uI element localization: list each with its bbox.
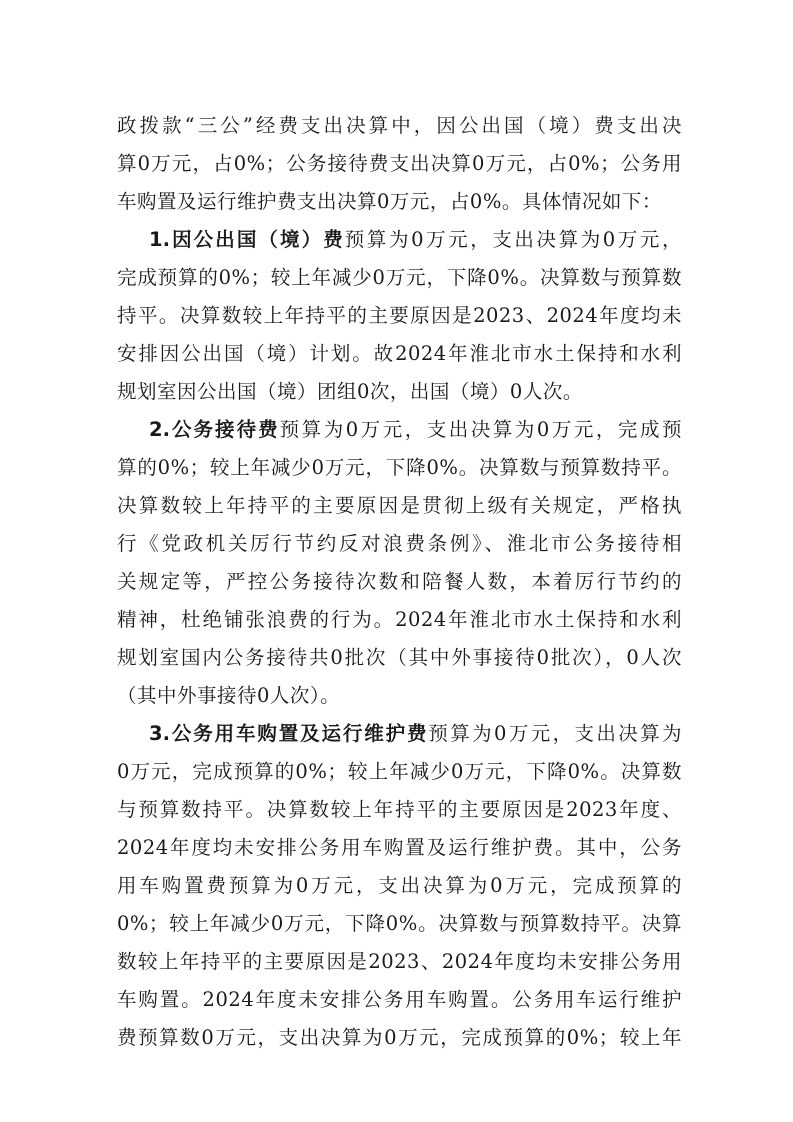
section-2-line-5: 关规定等，严控公务接待次数和陪餐人数，本着厉行节约的 (117, 569, 682, 595)
section-3-line-8: 车购置。2024年度未安排公务用车购置。公务用车运行维护 (117, 987, 682, 1013)
intro-line-2: 算0万元，占0%；公务接待费支出决算0万元，占0%；公务用 (117, 151, 682, 177)
section-1-line-3: 持平。决算数较上年持平的主要原因是2023、2024年度均未 (117, 303, 682, 329)
section-2-heading: 2.公务接待费 (149, 418, 280, 441)
section-2-line-2: 算的0%；较上年减少0万元，下降0%。决算数与预算数持平。 (117, 455, 682, 481)
section-3-line-2: 0万元，完成预算的0%；较上年减少0万元，下降0%。决算数 (117, 759, 682, 785)
section-1-first-line: 1.因公出国（境）费预算为0万元，支出决算为0万元， (149, 227, 682, 253)
section-3-line-7: 数较上年持平的主要原因是2023、2024年度均未安排公务用 (117, 949, 682, 975)
intro-line-3: 车购置及运行维护费支出决算0万元，占0%。具体情况如下： (117, 189, 682, 215)
section-3-line-6: 0%；较上年减少0万元，下降0%。决算数与预算数持平。决算 (117, 911, 682, 937)
section-3-first-line-text: 预算为0万元，支出决算为 (428, 722, 682, 745)
section-2-first-line-text: 预算为0万元，支出决算为0万元，完成预 (280, 418, 682, 441)
section-3-heading: 3.公务用车购置及运行维护费 (149, 722, 428, 745)
section-3-line-9: 费预算数0万元，支出决算为0万元，完成预算的0%；较上年 (117, 1025, 682, 1051)
section-2-line-6: 精神，杜绝铺张浪费的行为。2024年淮北市水土保持和水利 (117, 607, 682, 633)
section-1-line-5: 规划室因公出国（境）团组0次，出国（境）0人次。 (117, 379, 682, 405)
section-1-line-4: 安排因公出国（境）计划。故2024年淮北市水土保持和水利 (117, 341, 682, 367)
section-2-line-8: （其中外事接待0人次）。 (117, 683, 682, 709)
section-1-heading: 1.因公出国（境）费 (149, 228, 345, 251)
section-1-first-line-text: 预算为0万元，支出决算为0万元， (345, 228, 682, 251)
section-3-line-5: 用车购置费预算为0万元，支出决算为0万元，完成预算的 (117, 873, 682, 899)
section-2-line-7: 规划室国内公务接待共0批次（其中外事接待0批次），0人次 (117, 645, 682, 671)
section-3-line-3: 与预算数持平。决算数较上年持平的主要原因是2023年度、 (117, 797, 682, 823)
section-1-line-2: 完成预算的0%；较上年减少0万元，下降0%。决算数与预算数 (117, 265, 682, 291)
section-3-first-line: 3.公务用车购置及运行维护费预算为0万元，支出决算为 (149, 721, 682, 747)
document-page: 政拨款“三公”经费支出决算中，因公出国（境）费支出决 算0万元，占0%；公务接待… (0, 0, 793, 1122)
section-2-line-4: 行《党政机关厉行节约反对浪费条例》、淮北市公务接待相 (117, 531, 682, 557)
section-3-line-4: 2024年度均未安排公务用车购置及运行维护费。其中，公务 (117, 835, 682, 861)
intro-line-1: 政拨款“三公”经费支出决算中，因公出国（境）费支出决 (117, 113, 682, 139)
section-2-first-line: 2.公务接待费预算为0万元，支出决算为0万元，完成预 (149, 417, 682, 443)
section-2-line-3: 决算数较上年持平的主要原因是贯彻上级有关规定，严格执 (117, 493, 682, 519)
